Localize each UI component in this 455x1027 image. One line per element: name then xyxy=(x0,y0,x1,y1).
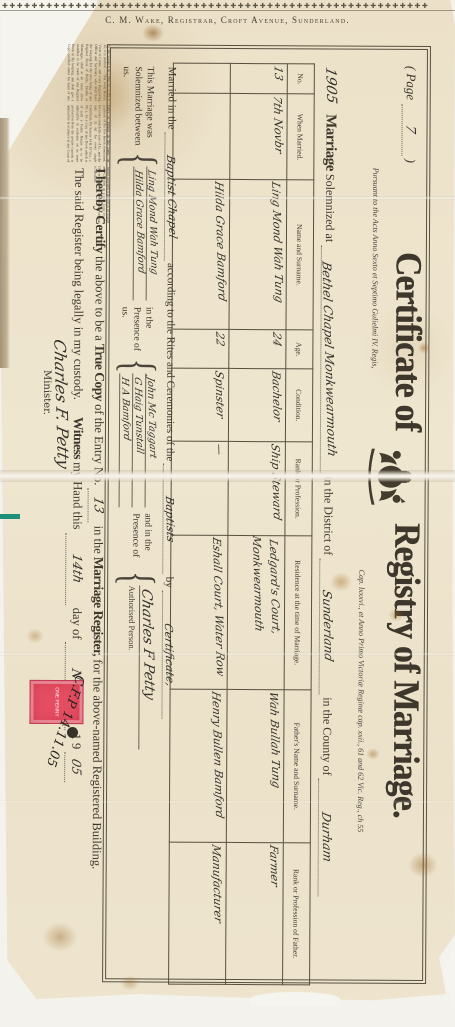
ornamental-border: ✚✚✚✚✚✚✚✚✚✚✚✚✚✚✚✚✚✚✚✚✚✚✚✚✚✚✚✚✚✚✚✚✚✚✚✚✚✚✚✚… xyxy=(0,0,455,11)
signature-row: This Marriage was Solemnized between us.… xyxy=(115,66,159,964)
solemnized-at-blank: Bethel Chapel Monkwearmouth xyxy=(320,245,337,473)
county-blank: Durham xyxy=(318,779,335,897)
col-father-rank: Rank or Profession of Father. xyxy=(283,842,311,985)
signature-bride: Hilda Grace Bamford xyxy=(133,167,146,301)
green-check-mark xyxy=(0,514,20,519)
col-rank-profession: Rank or Profession. xyxy=(285,442,312,536)
title-part1: Certificate of xyxy=(388,252,426,431)
table-row: 13 7th Novbr Ling Mond Wah Tung 24 Bache… xyxy=(226,63,288,984)
title-part2: Registry of Marriage. xyxy=(386,523,425,818)
signature-witness: G Haig Tunstall xyxy=(132,373,145,507)
registrar-line: C. M. Wake, Registrar, Croft Avenue, Sun… xyxy=(0,11,455,25)
certification-text: I hereby Certify the above to be a True … xyxy=(63,168,110,982)
torn-edge xyxy=(443,940,455,1010)
and-presence-block: and in the Presence of { Charles F Petty… xyxy=(116,513,157,750)
brace-glyph: { xyxy=(111,152,165,167)
title-subtitle-1: Pursuant to the Acts Anno Sexto et Septi… xyxy=(370,168,380,369)
table-header-row: No. When Married. Name and Surname. Age.… xyxy=(283,64,315,985)
year-blank: 05 xyxy=(64,752,86,782)
title-subtitle-2: Cap. lxxxvi., et Anno Primo Victoriæ Reg… xyxy=(356,570,366,833)
revenue-stamp: ONE PENNY C.F.P 14.11.05 xyxy=(29,680,83,724)
paper-edge-shadow xyxy=(0,118,10,368)
solemnized-line: 1905 Marriage Solemnized at Bethel Chape… xyxy=(317,67,339,963)
torn-edge xyxy=(250,992,340,1006)
registrar-header-strip: ✚✚✚✚✚✚✚✚✚✚✚✚✚✚✚✚✚✚✚✚✚✚✚✚✚✚✚✚✚✚✚✚✚✚✚✚✚✚✚✚… xyxy=(0,0,455,25)
certify-line-1: I hereby Certify the above to be a True … xyxy=(85,168,111,982)
by-blank: Certificate, xyxy=(161,591,176,719)
col-name-surname: Name and Surname. xyxy=(286,180,314,331)
certification-section: By the Statute 6 & 7 Will IV., c. 85, s.… xyxy=(56,44,111,982)
minister-signature: Charles F. Petty xyxy=(50,337,73,470)
scanned-marriage-certificate: { "scan": { "ornament_row": "✚✚✚✚✚✚✚✚✚✚✚… xyxy=(0,0,455,1027)
marriage-word: Marriage xyxy=(322,114,338,171)
brace-glyph: { xyxy=(109,571,163,586)
signature-groom: Ling Mond Wah Tung xyxy=(146,167,159,301)
minister-signature-block: Charles F. Petty Minister. xyxy=(41,340,72,468)
authorised-person-label: Authorised Person. xyxy=(126,586,137,750)
district-blank: Sunderland xyxy=(319,558,336,694)
col-residence: Residence at the time of Marriage. xyxy=(284,535,312,690)
statute-fine-print: By the Statute 6 & 7 Will IV., c. 85, s.… xyxy=(62,44,111,162)
entry-no-handwritten: 13 xyxy=(269,64,286,82)
entry-no-blank: 13 xyxy=(87,488,109,522)
solemnized-between-block: This Marriage was Solemnized between us.… xyxy=(118,66,159,301)
col-when-married: When Married. xyxy=(287,94,314,180)
signature-authorised-person: Charles F Petty xyxy=(138,586,156,750)
ceremonies-of-blank: Baptists xyxy=(162,464,177,574)
form-border-box: ( Page 7 ) Certificate of Registry xyxy=(102,44,431,984)
day-blank: 14th xyxy=(65,533,87,605)
col-no: No. xyxy=(287,64,314,95)
presence-of-us-block: in the Presence of us. { John Mc Taggart… xyxy=(117,307,158,508)
royal-coat-of-arms-icon xyxy=(367,441,417,513)
signature-witness: H A Bamford xyxy=(119,373,132,507)
signature-witness: John Mc Taggart xyxy=(145,373,158,507)
married-in-blank: Baptist Chapel xyxy=(164,132,179,260)
col-father-name: Father's Name and Surname. xyxy=(283,690,311,843)
punch-hole xyxy=(67,727,78,738)
marriage-register-table: No. When Married. Name and Surname. Age.… xyxy=(168,63,315,986)
col-condition: Condition. xyxy=(285,369,312,442)
certificate-form: ( Page 7 ) Certificate of Registry xyxy=(56,40,433,994)
year-handwritten: 1905 xyxy=(322,66,339,105)
brace-glyph: { xyxy=(110,359,164,374)
minister-role: Minister. xyxy=(41,370,53,468)
col-age: Age. xyxy=(286,330,313,369)
